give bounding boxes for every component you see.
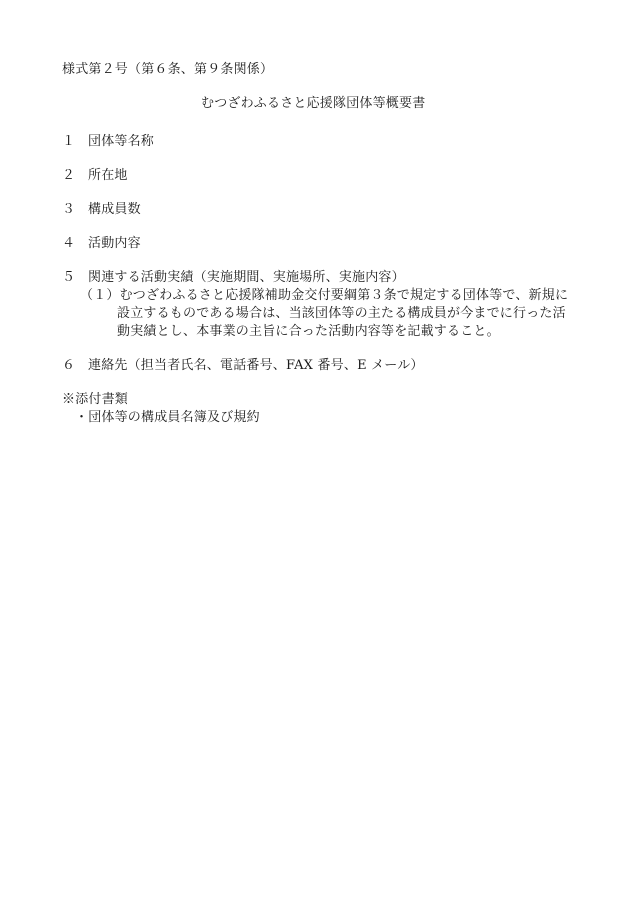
- item-6: ６連絡先（担当者氏名、電話番号、FAX 番号、E メール）: [62, 357, 424, 375]
- item-number: ２: [62, 167, 88, 185]
- attachments-heading: ※添付書類: [62, 391, 128, 409]
- item-label: 連絡先（担当者氏名、電話番号、FAX 番号、E メール）: [88, 358, 424, 373]
- item-5-note-line-2: 設立するものである場合は、当該団体等の主たる構成員が今までに行った活: [117, 305, 566, 323]
- item-number: ４: [62, 235, 88, 253]
- item-5-note-line-3: 動実績とし、本事業の主旨に合った活動内容等を記載すること。: [117, 323, 500, 341]
- item-4: ４活動内容: [62, 235, 141, 253]
- item-label: 団体等名称: [88, 134, 154, 149]
- form-label: 様式第２号（第６条、第９条関係）: [62, 61, 273, 79]
- item-label: 所在地: [88, 168, 128, 183]
- item-label: 関連する活動実績（実施期間、実施場所、実施内容）: [88, 270, 405, 285]
- item-label: 構成員数: [88, 202, 141, 217]
- item-number: ３: [62, 201, 88, 219]
- item-label: 活動内容: [88, 236, 141, 251]
- item-2: ２所在地: [62, 167, 128, 185]
- item-5-note-line-1: （１）むつざわふるさと応援隊補助金交付要綱第３条で規定する団体等で、新規に: [80, 287, 568, 305]
- document-title: むつざわふるさと応援隊団体等概要書: [201, 95, 425, 113]
- item-number: ５: [62, 269, 88, 287]
- item-number: １: [62, 133, 88, 151]
- item-number: ６: [62, 357, 88, 375]
- item-3: ３構成員数: [62, 201, 141, 219]
- item-5: ５関連する活動実績（実施期間、実施場所、実施内容）: [62, 269, 405, 287]
- note-number: （１）: [80, 287, 120, 305]
- attachment-item: ・団体等の構成員名簿及び規約: [75, 409, 260, 427]
- note-text: むつざわふるさと応援隊補助金交付要綱第３条で規定する団体等で、新規に: [120, 288, 569, 303]
- item-1: １団体等名称: [62, 133, 154, 151]
